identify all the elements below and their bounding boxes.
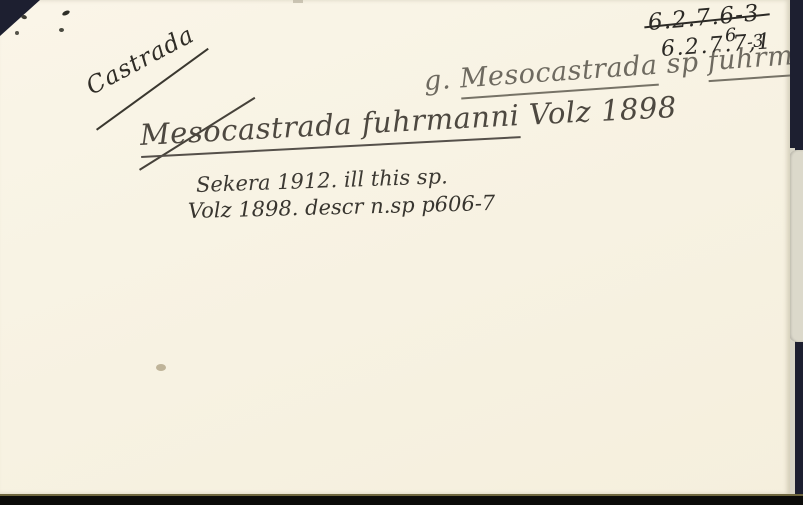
staple-hole — [59, 28, 64, 32]
backing-card-tab — [789, 150, 803, 342]
binomial-name: Mesocastrada fuhrmanni — [139, 98, 520, 158]
reference-note: Sekera 1912. ill this sp. — [196, 164, 449, 197]
genus-abbreviation: g. — [423, 64, 452, 97]
crossed-out-genus: Castrada — [81, 20, 198, 100]
index-card: Castrada g. Mesocastrada sp fuhrmanni Me… — [0, 0, 790, 494]
paper-smudge — [156, 364, 166, 371]
reference-note: Volz 1898. descr n.sp p606-7 — [188, 191, 496, 223]
scanned-index-card: Castrada g. Mesocastrada sp fuhrmanni Me… — [0, 0, 803, 505]
authority-citation: Volz 1898 — [528, 90, 677, 132]
card-heading: Mesocastrada fuhrmanni Volz 1898 — [139, 90, 677, 152]
staple-hole — [62, 9, 71, 16]
staple-hole — [15, 31, 19, 35]
catalog-number-suffix: -3 — [746, 31, 765, 53]
paper-blemish — [293, 0, 303, 3]
staple-hole — [20, 14, 27, 20]
catalog-number-superscript: 6 — [724, 25, 737, 47]
scan-bottom-strip — [0, 494, 803, 505]
